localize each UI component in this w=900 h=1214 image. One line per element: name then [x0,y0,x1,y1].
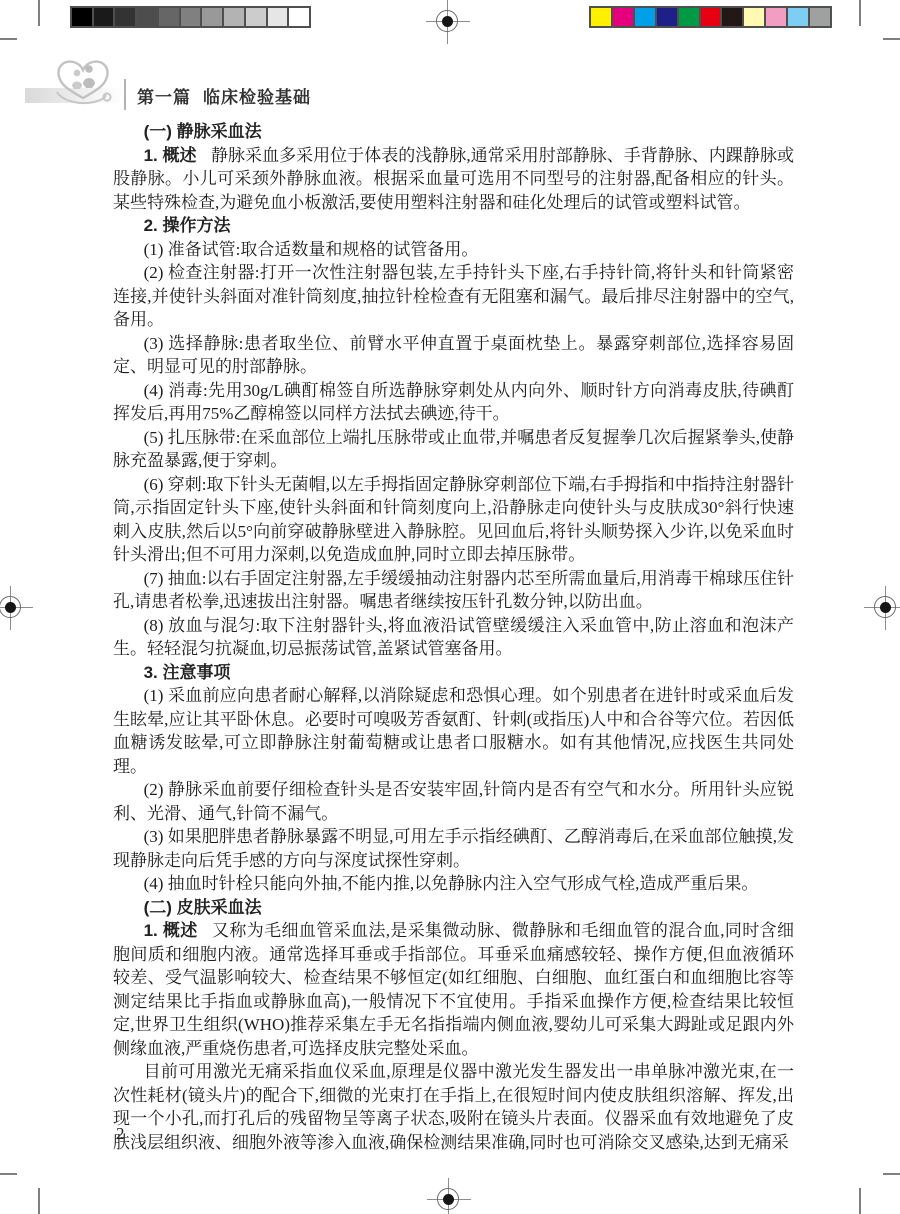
part-title: 临床检验基础 [203,88,311,107]
registration-mark-bottom [427,1178,471,1214]
paragraph: (5) 扎压脉带:在采血部位上端扎压脉带或止血带,并嘱患者反复握拳几次后握紧拳头… [113,426,794,473]
crop-mark [859,0,861,26]
paragraph: (4) 消毒:先用30g/L碘酊棉签自所选静脉穿刺处从内向外、顺时针方向消毒皮肤… [113,379,794,426]
calibration-swatch [657,8,679,26]
calibration-swatch [613,8,635,26]
calibration-swatch [701,8,723,26]
calibration-swatch [766,8,788,26]
paragraph: (4) 抽血时针栓只能向外抽,不能内推,以免静脉内注入空气形成气栓,造成严重后果… [113,872,794,896]
paragraph: (7) 抽血:以右手固定注射器,左手缓缓抽动注射器内芯至所需血量后,用消毒干棉球… [113,567,794,614]
paragraph: 1. 概述静脉采血多采用位于体表的浅静脉,通常采用肘部静脉、手背静脉、内踝静脉或… [113,144,794,215]
publisher-logo [50,56,120,115]
paragraph-lead: 1. 概述 [144,921,198,940]
registration-mark-right [864,586,900,630]
registration-dot-icon [442,16,453,27]
calibration-swatch [722,8,744,26]
calibration-swatch [635,8,657,26]
calibration-swatch [810,8,830,26]
paragraph: 1. 概述又称为毛细血管采血法,是采集微动脉、微静脉和毛细血管的混合血,同时含细… [113,919,794,1060]
registration-dot-icon [5,602,16,613]
paragraph: 目前可用激光无痛采指血仪采血,原理是仪器中激光发生器发出一串单脉冲激光束,在一次… [113,1060,794,1154]
paragraph-lead: 1. 概述 [144,146,197,165]
paragraph: (1) 准备试管:取合适数量和规格的试管备用。 [113,238,794,262]
paragraph: (8) 放血与混匀:取下注射器针头,将血液沿试管壁缓缓注入采血管中,防止溶血和泡… [113,614,794,661]
registration-mark-left [0,586,33,630]
crop-mark [859,1188,861,1214]
paragraph: (3) 选择静脉:患者取坐位、前臂水平伸直置于桌面枕垫上。暴露穿刺部位,选择容易… [113,332,794,379]
registration-mark-top [426,0,470,44]
calibration-swatch [72,8,94,26]
calibration-swatch [159,8,181,26]
page-number: 2 [116,1124,125,1144]
calibration-swatch [202,8,224,26]
paragraph: (2) 静脉采血前要仔细检查针头是否安装牢固,针筒内是否有空气和水分。所用针头应… [113,778,794,825]
section-heading: (二) 皮肤采血法 [113,896,794,920]
grayscale-calibration-bar [70,6,311,28]
calibration-swatch [115,8,137,26]
calibration-swatch [137,8,159,26]
header-divider [124,79,126,110]
crop-mark [0,38,17,40]
calibration-swatch [679,8,701,26]
calibration-swatch [591,8,613,26]
medical-heart-stethoscope-icon [50,56,120,110]
running-head: 第一篇临床检验基础 [137,83,311,108]
calibration-swatch [744,8,766,26]
part-label: 第一篇 [137,88,191,107]
section-heading: 2. 操作方法 [113,214,794,238]
registration-dot-icon [443,1194,454,1205]
body-content: (一) 静脉采血法 1. 概述静脉采血多采用位于体表的浅静脉,通常采用肘部静脉、… [113,120,794,1154]
paragraph: (3) 如果肥胖患者静脉暴露不明显,可用左手示指经碘酊、乙醇消毒后,在采血部位触… [113,825,794,872]
crop-mark [883,38,900,40]
crop-mark [0,1173,17,1175]
section-heading: (一) 静脉采血法 [113,120,794,144]
book-page: 第一篇临床检验基础 (一) 静脉采血法 1. 概述静脉采血多采用位于体表的浅静脉… [0,0,900,1214]
paragraph: (2) 检查注射器:打开一次性注射器包装,左手持针头下座,右手持针筒,将针头和针… [113,261,794,332]
section-heading: 3. 注意事项 [113,661,794,685]
crop-mark [883,1173,900,1175]
crop-mark [38,0,40,26]
calibration-swatch [224,8,246,26]
registration-dot-icon [880,602,891,613]
calibration-swatch [181,8,203,26]
paragraph: (1) 采血前应向患者耐心解释,以消除疑虑和恐惧心理。如个别患者在进针时或采血后… [113,684,794,778]
paragraph-text: 静脉采血多采用位于体表的浅静脉,通常采用肘部静脉、手背静脉、内踝静脉或股静脉。小… [113,146,794,212]
calibration-swatch [94,8,116,26]
calibration-swatch [268,8,290,26]
calibration-swatch [788,8,810,26]
calibration-swatch [289,8,309,26]
paragraph: (6) 穿刺:取下针头无菌帽,以左手拇指固定静脉穿刺部位下端,右手拇指和中指持注… [113,473,794,567]
paragraph-text: 又称为毛细血管采血法,是采集微动脉、微静脉和毛细血管的混合血,同时含细胞间质和细… [113,921,794,1058]
crop-mark [38,1188,40,1214]
calibration-swatch [246,8,268,26]
color-calibration-bar [589,6,832,28]
